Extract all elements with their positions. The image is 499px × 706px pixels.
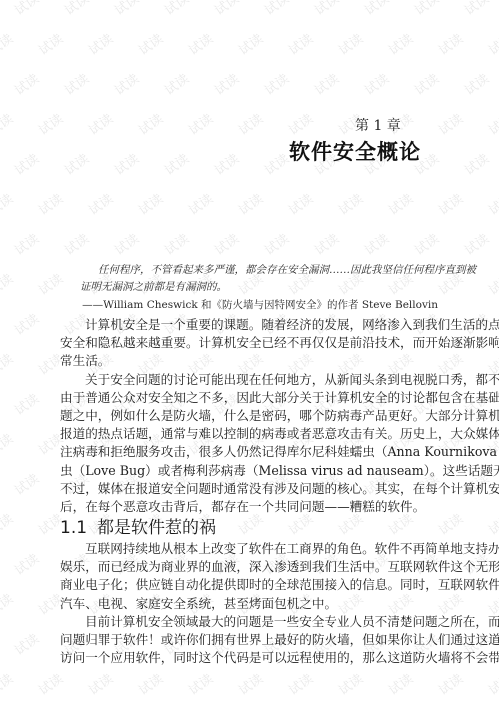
section-title: 都是软件惹的祸 — [97, 518, 216, 538]
text-line: 虫（Love Bug）或者梅利莎病毒（Melissa virus ad naus… — [60, 462, 460, 480]
intro-body: 计算机安全是一个重要的课题。随着经济的发展，网络渗入到我们生活的点点滴滴， 安全… — [60, 316, 460, 516]
paragraph: 计算机安全是一个重要的课题。随着经济的发展，网络渗入到我们生活的点点滴滴， 安全… — [60, 316, 460, 371]
text-line: 目前计算机安全领域最大的问题是一些安全专业人员不清楚问题之所在，而简单地将 — [60, 613, 460, 631]
paragraph: 互联网持续地从根本上改变了软件在工商界的角色。软件不再简单地支持办公和家庭 娱乐… — [60, 540, 460, 613]
text-line: 题之中，例如什么是防火墙，什么是密码，哪个防病毒产品更好。大部分计算机安全问题 — [60, 407, 460, 425]
text-line: 汽车、电视、家庭安全系统，甚至烤面包机之中。 — [60, 595, 460, 613]
text-line: 娱乐，而已经成为商业界的血液，深入渗透到我们生活中。互联网软件这个无形的手能使 — [60, 558, 460, 576]
paragraph: 目前计算机安全领域最大的问题是一些安全专业人员不清楚问题之所在，而简单地将 问题… — [60, 613, 460, 668]
text-line: 安全和隐私越来越重要。计算机安全已经不再仅仅是前沿技术，而开始逐渐影响我们的日 — [60, 334, 460, 352]
text-line: 访问一个应用软件，同时这个代码是可以远程使用的，那么这道防火墙将不会带来任何 — [60, 649, 460, 667]
epigraph-attribution: ——William Cheswick 和《防火墙与因特网安全》的作者 Steve… — [80, 297, 440, 314]
text-line: 报道的热点话题，通常与难以控制的病毒或者恶意攻击有关。历史上，大众媒体更多关 — [60, 425, 460, 443]
text-line: 常生活。 — [60, 352, 460, 370]
text-line: 计算机安全是一个重要的课题。随着经济的发展，网络渗入到我们生活的点点滴滴， — [60, 316, 460, 334]
text-line: 关于安全问题的讨论可能出现在任何地方，从新闻头条到电视脱口秀，都不足为奇。 — [60, 371, 460, 389]
section-heading: 1.1都是软件惹的祸 — [60, 513, 216, 538]
section-body: 互联网持续地从根本上改变了软件在工商界的角色。软件不再简单地支持办公和家庭 娱乐… — [60, 540, 460, 667]
chapter-title: 软件安全概论 — [289, 136, 421, 166]
text-line: 商业电子化；供应链自动化提供即时的全球范围接入的信息。同时，互联网软件已经融入 — [60, 576, 460, 594]
text-line: 问题归罪于软件！或许你们拥有世界上最好的防火墙，但如果你让人们通过这道防火墙 — [60, 631, 460, 649]
text-line: 不过，媒体在报道安全问题时通常没有涉及问题的核心。其实，在每个计算机安全问题背 — [60, 480, 460, 498]
text-line: 注病毒和拒绝服务攻击，很多人仍然记得库尔尼科娃蠕虫（Anna Kournikov… — [60, 443, 460, 461]
paragraph: 关于安全问题的讨论可能出现在任何地方，从新闻头条到电视脱口秀，都不足为奇。 由于… — [60, 371, 460, 517]
epigraph-line: 证明无漏洞之前都是有漏洞的。 — [80, 279, 440, 296]
chapter-label: 第 1 章 — [355, 115, 415, 135]
text-line: 由于普通公众对安全知之不多，因此大部分关于计算机安全的讨论都包含在基础的技术话 — [60, 389, 460, 407]
section-number: 1.1 — [60, 518, 97, 538]
epigraph: 任何程序，不管看起来多严谨，都会存在安全漏洞……因此我坚信任何程序直到被 证明无… — [80, 262, 440, 314]
book-page: 第 1 章 软件安全概论 任何程序，不管看起来多严谨，都会存在安全漏洞……因此我… — [0, 0, 499, 706]
text-line: 互联网持续地从根本上改变了软件在工商界的角色。软件不再简单地支持办公和家庭 — [60, 540, 460, 558]
epigraph-line: 任何程序，不管看起来多严谨，都会存在安全漏洞……因此我坚信任何程序直到被 — [80, 262, 440, 279]
